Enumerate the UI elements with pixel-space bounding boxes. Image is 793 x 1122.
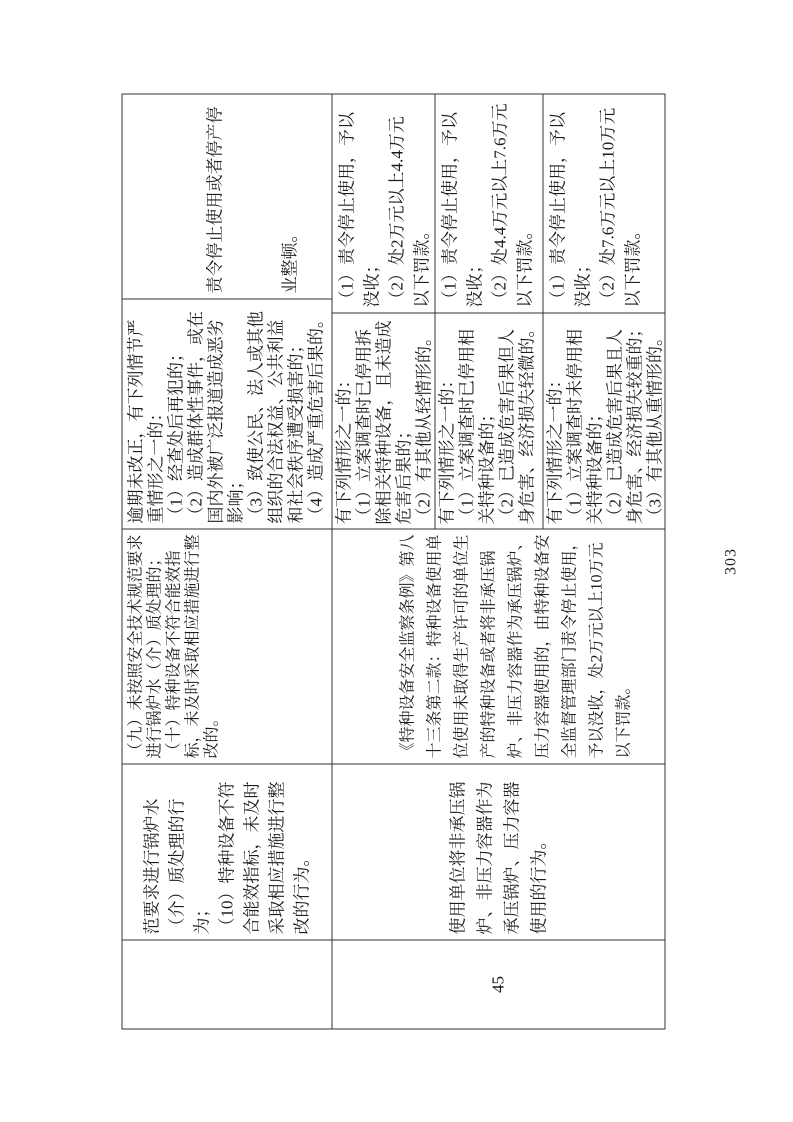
circumstance-head: 逾期未改正，有下列情节严重情形之一的： (126, 304, 166, 523)
circumstance-item: （2）有其他从轻情形的。 (414, 317, 434, 524)
behavior-paragraph: 使用单位将非承压锅炉、非压力容器作为承压锅炉、压力容器使用的行为。 (444, 769, 552, 934)
cell-circumstances-continuation: 逾期未改正，有下列情节严重情形之一的： （1）经查处后再犯的； （2）造成群体性… (122, 298, 332, 528)
behavior-paragraph: （10）特种设备不符合能效指标，未及时采取相应措施进行整改的行为。 (214, 769, 314, 934)
cell-penalty-tier3: （1）责令停止使用，予以没收； （2）处7.6万元以上10万元以下罚款。 (543, 94, 664, 312)
circumstance-item: （2）已造成危害后果且人身危害、经济损失较重的； (605, 317, 645, 524)
cell-behavior-continuation: 范要求进行锅炉水（介）质处理的行为； （10）特种设备不符合能效指标，未及时采取… (122, 763, 332, 939)
circumstance-item: （1）立案调查时已停用拆除相关特种设备，且未造成危害后果的； (354, 317, 414, 524)
cell-legal-basis-continuation: （九）未按照安全技术规范要求进行锅炉水（介）质处理的； （十）特种设备不符合能效… (122, 528, 332, 763)
basis-paragraph: （十）特种设备不符合能效指标，未及时采取相应措施进行整改的。 (164, 534, 221, 758)
cell-behavior-45: 使用单位将非承压锅炉、非压力容器作为承压锅炉、压力容器使用的行为。 (332, 763, 664, 939)
penalty-item: （1）责令停止使用，予以没收； (334, 99, 384, 307)
circumstance-head: 有下列情形之一的： (334, 317, 354, 524)
penalty-table: 范要求进行锅炉水（介）质处理的行为； （10）特种设备不符合能效指标，未及时采取… (121, 93, 665, 1029)
rotated-reading-frame: 范要求进行锅炉水（介）质处理的行为； （10）特种设备不符合能效指标，未及时采取… (0, 0, 793, 1122)
cell-penalty-tier2: （1）责令停止使用，予以没收； （2）处4.4万元以上7.6万元以下罚款。 (435, 94, 543, 312)
basis-paragraph: 《特种设备安全监察条例》第八十三条第二款：特种设备使用单位使用未取得生产许可的单… (394, 534, 637, 758)
penalty-item: （1）责令停止使用，予以没收； (437, 99, 487, 307)
cell-seq-empty (122, 939, 332, 1028)
circumstance-item: （1）立案调查时已停用相关特种设备的； (457, 317, 497, 524)
cell-circumstances-tier1: 有下列情形之一的： （1）立案调查时已停用拆除相关特种设备，且未造成危害后果的；… (332, 312, 435, 528)
circumstance-head: 有下列情形之一的： (437, 317, 457, 524)
circumstance-item: （1）经查处后再犯的； (166, 304, 186, 523)
cell-circumstances-tier2: 有下列情形之一的： （1）立案调查时已停用相关特种设备的； （2）已造成危害后果… (435, 312, 543, 528)
page-number: 303 (722, 0, 744, 1122)
penalty-item: （1）责令停止使用，予以没收； (545, 99, 595, 307)
document-page: 范要求进行锅炉水（介）质处理的行为； （10）特种设备不符合能效指标，未及时采取… (0, 0, 793, 1122)
circumstance-item: （3）致使公民、法人或其他组织的合法权益、公共利益和社会秩序遭受损害的； (246, 304, 306, 523)
penalty-item: （2）处2万元以上4.4万元以下罚款。 (384, 99, 434, 307)
cell-legal-basis-45: 《特种设备安全监察条例》第八十三条第二款：特种设备使用单位使用未取得生产许可的单… (332, 528, 664, 763)
cell-penalty-tier1: （1）责令停止使用，予以没收； （2）处2万元以上4.4万元以下罚款。 (332, 94, 435, 312)
cell-circumstances-tier3: 有下列情形之一的： （1）立案调查时未停用相关特种设备的； （2）已造成危害后果… (543, 312, 664, 528)
behavior-paragraph: 范要求进行锅炉水（介）质处理的行为； (139, 769, 214, 934)
circumstance-item: （4）造成严重危害后果的。 (306, 304, 326, 523)
circumstance-item: （2）已造成危害后果但人身危害、经济损失轻微的。 (497, 317, 537, 524)
penalty-paragraph: 责令停止使用或者停产停业整顿。 (177, 99, 327, 293)
circumstance-item: （2）造成群体性事件，或在国内外被广泛报道造成恶劣影响； (186, 304, 246, 523)
penalty-item: （2）处4.4万元以上7.6万元以下罚款。 (487, 99, 537, 307)
basis-paragraph: （九）未按照安全技术规范要求进行锅炉水（介）质处理的； (126, 534, 164, 758)
cell-penalty-continuation: 责令停止使用或者停产停业整顿。 (122, 94, 332, 298)
row-number: 45 (488, 976, 508, 993)
cell-seq-45: 45 (332, 939, 664, 1028)
circumstance-head: 有下列情形之一的： (545, 317, 565, 524)
penalty-item: （2）处7.6万元以上10万元以下罚款。 (595, 99, 645, 307)
circumstance-item: （1）立案调查时未停用相关特种设备的； (565, 317, 605, 524)
circumstance-item: （3）有其他从重情形的。 (645, 317, 664, 524)
